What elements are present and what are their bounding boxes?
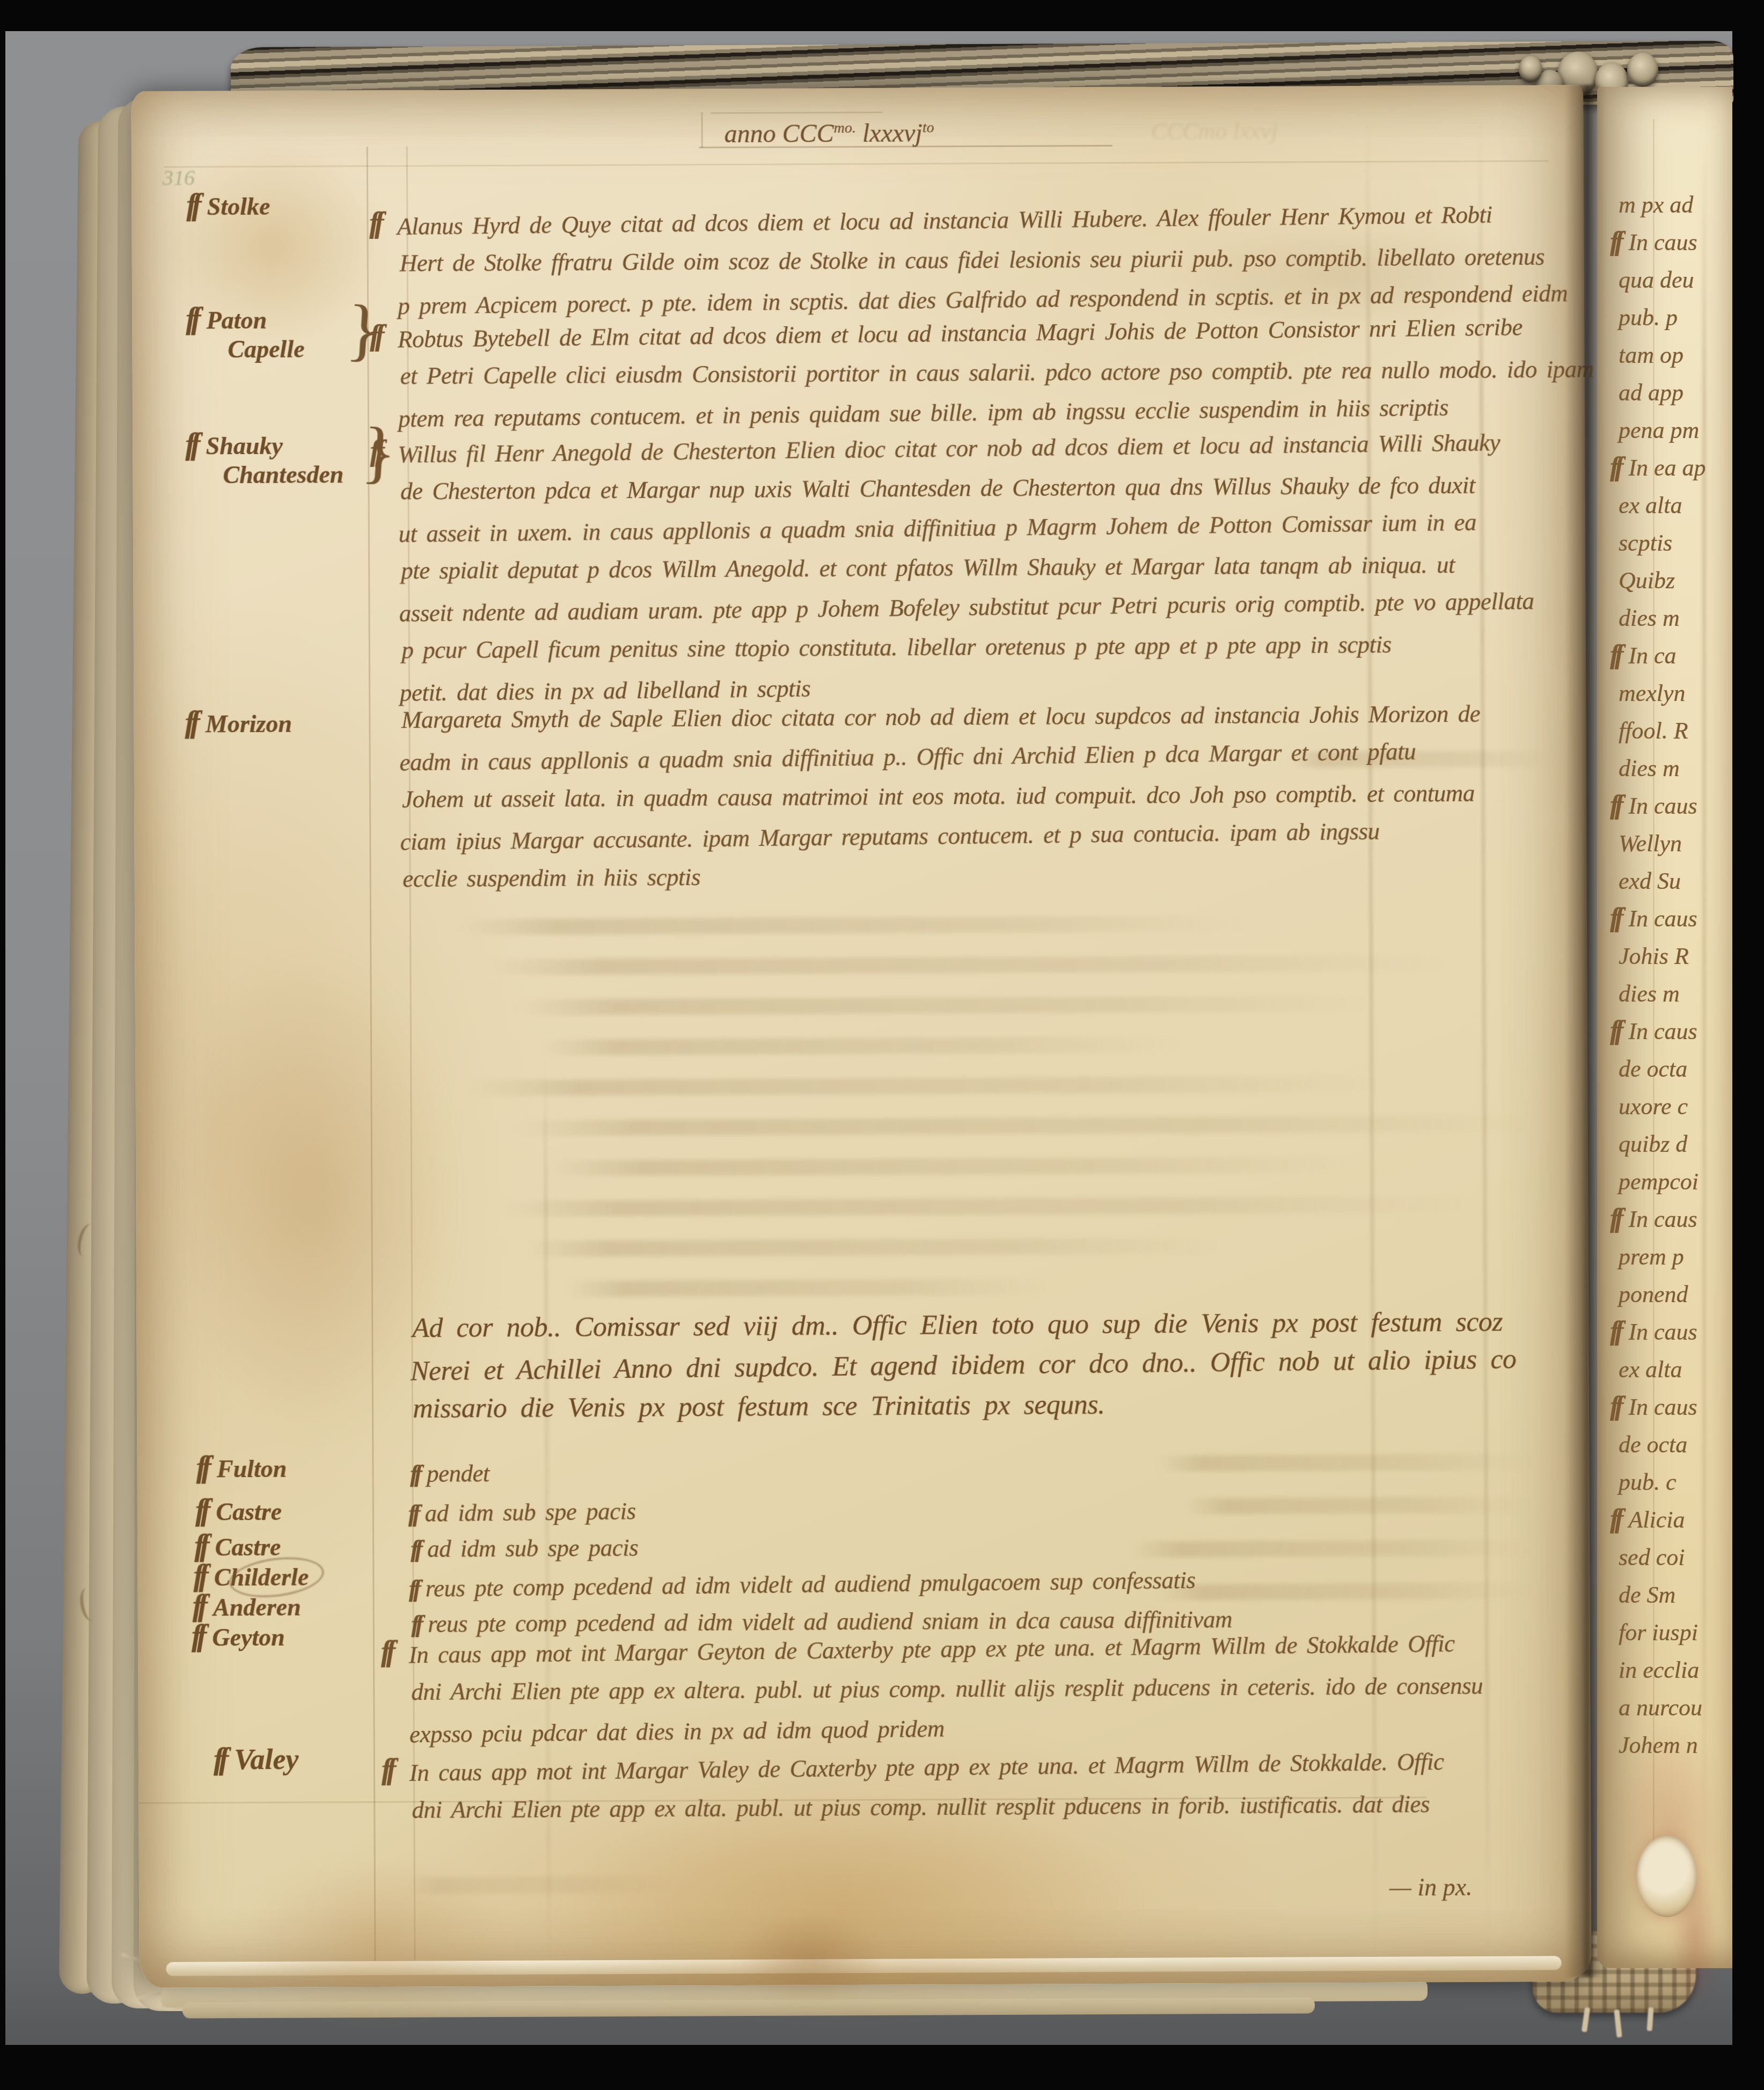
parchment-stain: [735, 1913, 885, 2005]
short-entry-text: pendet: [427, 1460, 489, 1487]
margin-note-label: Morizon: [206, 710, 292, 738]
text-fragment-word: de Sm: [1619, 1582, 1675, 1608]
margin-note-geyton: ffGeyton: [192, 1621, 285, 1653]
entry-morizon: Margareta Smyth de Saple Elien dioc cita…: [399, 692, 1480, 900]
short-act-entries: ffpendetffad idm sub spe pacisffad idm s…: [408, 1448, 1230, 1642]
margin-note-label: Valey: [234, 1743, 298, 1776]
short-entry-text: reus pte comp pcedend ad idm videlt ad a…: [425, 1567, 1195, 1602]
short-entry: ffreus pte comp pcedend ad idm videlt ad…: [408, 1560, 1229, 1606]
paraph-mark: ff: [186, 188, 197, 222]
headband-knot: [1627, 53, 1658, 87]
text-fragment-word: scptis: [1619, 530, 1672, 556]
text-fragment: mexlyn: [1610, 673, 1733, 711]
text-fragment: qua deu: [1610, 260, 1733, 297]
text-fragment: de octa: [1610, 1049, 1733, 1086]
paraph-mark: ff: [193, 1559, 204, 1592]
show-through-line: [1184, 1497, 1533, 1515]
text-fragment: ffool. R: [1610, 711, 1733, 748]
text-fragment: exd Su: [1610, 861, 1733, 898]
text-fragment-word: quibz d: [1619, 1131, 1687, 1157]
text-fragment: de octa: [1610, 1424, 1733, 1462]
short-entry-text: ad idm sub spe pacis: [424, 1497, 636, 1526]
margin-note-label: Castre: [216, 1498, 282, 1526]
paraph-mark: ff: [369, 203, 380, 243]
paraph-mark: ff: [370, 431, 380, 471]
paraph-mark: ff: [1610, 1391, 1620, 1421]
text-line: ecclie suspendim in hiis scptis: [402, 853, 1482, 899]
text-fragment-word: dies m: [1619, 605, 1680, 631]
paraph-mark: ff: [408, 1500, 417, 1527]
gutter-shadow: [1565, 85, 1606, 1977]
text-fragment: in ecclia: [1610, 1650, 1733, 1687]
entry-stolke: ff Alanus Hyrd de Quye citat ad dcos die…: [397, 195, 1568, 324]
text-fragment-word: dies m: [1619, 981, 1680, 1007]
text-fragment-word: tam op: [1619, 342, 1684, 368]
year-heading-text: anno CCC: [724, 119, 834, 148]
paraph-mark: ff: [1610, 1015, 1620, 1045]
year-heading: anno CCCmo. lxxxvjto: [724, 113, 934, 149]
entry-paton-capelle: ff Robtus Bytebell de Elm citat ad dcos …: [398, 308, 1592, 436]
year-heading-show-through: CCCmo lxxvj: [1151, 118, 1278, 145]
text-fragment-word: In caus: [1628, 793, 1697, 819]
text-fragment: ffIn ea ap: [1610, 448, 1733, 485]
ruling-line: [164, 160, 1548, 167]
text-fragment-word: qua deu: [1619, 267, 1694, 293]
show-through-line: [457, 916, 1262, 936]
paraph-mark: ff: [380, 1631, 391, 1671]
text-fragment: prem p: [1610, 1237, 1733, 1274]
year-heading-text: lxxxvj: [856, 119, 923, 148]
short-entry: ffad idm sub spe pacis: [411, 1524, 1232, 1567]
paraph-mark: ff: [185, 706, 196, 739]
margin-note-label: Fulton: [217, 1455, 287, 1483]
text-fragment-word: ex alta: [1619, 1356, 1682, 1383]
text-fragment: pena pm: [1610, 410, 1733, 448]
parchment-hole: [1637, 1836, 1697, 1917]
text-fragment: sed coi: [1610, 1537, 1733, 1575]
year-superscript: to: [923, 119, 934, 136]
margin-note-label: Shauky: [206, 432, 283, 460]
right-page-text-column: m px adffIn causqua deupub. ptam opad ap…: [1610, 185, 1733, 1848]
paraph-mark: ff: [1610, 451, 1620, 481]
text-fragment-word: a nurcou: [1619, 1694, 1702, 1721]
text-fragment-word: Alicia: [1628, 1507, 1685, 1533]
margin-note-label: Castre: [215, 1533, 281, 1561]
margin-note-anderen: ffAnderen: [193, 1591, 301, 1623]
show-through-line: [484, 955, 1450, 975]
headband-knot: [1519, 56, 1542, 83]
text-fragment-word: de octa: [1619, 1056, 1687, 1082]
text-fragment-word: ex alta: [1619, 492, 1682, 518]
text-fragment-word: In ca: [1628, 642, 1676, 669]
text-fragment: for iuspi: [1610, 1612, 1733, 1650]
text-fragment-word: In caus: [1628, 1206, 1697, 1232]
margin-note-fulton: ffFulton: [196, 1453, 287, 1484]
text-fragment: ffIn caus: [1610, 786, 1733, 823]
margin-note-label: Geyton: [212, 1624, 285, 1651]
paraph-mark: ff: [410, 1460, 419, 1487]
margin-note-castre-2: ffCastre: [194, 1531, 281, 1562]
margin-note-label: Paton: [207, 306, 267, 334]
short-entry: ffad idm sub spe pacis: [408, 1485, 1229, 1531]
text-fragment-word: prem p: [1619, 1244, 1684, 1270]
margin-note-label: Stolke: [207, 193, 270, 221]
left-page: anno CCCmo. lxxxvjto CCCmo lxxvj 316 ffS…: [131, 85, 1591, 1988]
text-fragment: ffIn caus: [1610, 898, 1733, 936]
entry-geyton-appeal: ff In caus app mot int Margar Geyton de …: [408, 1625, 1481, 1752]
paraph-mark: ff: [408, 1575, 418, 1602]
text-fragment-word: pub. p: [1619, 304, 1678, 331]
text-fragment: de Sm: [1610, 1575, 1733, 1612]
paraph-mark: ff: [1610, 639, 1620, 669]
paraph-mark: ff: [1610, 790, 1620, 820]
text-fragment: ffIn caus: [1610, 1312, 1733, 1349]
text-fragment-word: pempcoi: [1619, 1168, 1699, 1195]
text-fragment-word: In caus: [1628, 1319, 1697, 1345]
text-fragment: ffIn ca: [1610, 635, 1733, 673]
text-fragment: ponend: [1610, 1274, 1733, 1312]
text-fragment-word: Quibz: [1619, 567, 1675, 594]
text-fragment-word: Johis R: [1619, 943, 1689, 969]
paraph-mark: ff: [196, 1451, 207, 1484]
text-fragment: dies m: [1610, 974, 1733, 1011]
show-through-line: [544, 1157, 1349, 1176]
paraph-mark: ff: [1610, 226, 1620, 256]
text-fragment-word: sed coi: [1619, 1544, 1685, 1570]
text-fragment-word: m px ad: [1619, 192, 1693, 218]
margin-note-paton-capelle: ffPaton Capelle }: [186, 304, 305, 364]
text-fragment: ffIn caus: [1610, 1011, 1733, 1049]
text-fragment-word: mexlyn: [1619, 680, 1686, 706]
text-fragment: Johem n: [1610, 1725, 1733, 1763]
text-fragment: tam op: [1610, 335, 1733, 372]
text-fragment-word: Johem n: [1619, 1732, 1698, 1758]
text-fragment-word: ad app: [1619, 379, 1684, 406]
text-fragment-word: uxore c: [1619, 1093, 1688, 1120]
text-fragment-word: exd Su: [1619, 868, 1681, 894]
text-fragment-word: In caus: [1628, 1018, 1697, 1044]
text-fragment: Johis R: [1610, 936, 1733, 974]
text-fragment: Wellyn: [1610, 823, 1733, 861]
entry-valey-appeal: ff In caus app mot int Margar Valey de C…: [409, 1743, 1445, 1831]
year-superscript: mo.: [834, 120, 856, 136]
margin-note-label: Chantesden: [223, 460, 343, 489]
text-fragment-word: dies m: [1619, 755, 1680, 781]
text-fragment: quibz d: [1610, 1124, 1733, 1161]
text-fragment: ffIn caus: [1610, 222, 1733, 260]
show-through-line: [523, 1238, 1220, 1257]
show-through-line: [511, 1116, 1531, 1136]
margin-note-stolke: ffStolke: [186, 191, 270, 222]
entry-shauky-chantesden: ff Willus fil Henr Anegold de Chesterton…: [398, 424, 1535, 711]
text-fragment-word: In caus: [1628, 1394, 1697, 1420]
margin-note-morizon: ffMorizon: [185, 708, 292, 739]
text-fragment: Quibz: [1610, 560, 1733, 598]
show-through-line: [566, 1278, 1049, 1297]
margin-note-shauky-chantesden: ffShauky Chantesden }: [185, 429, 343, 489]
paraph-mark: ff: [192, 1619, 203, 1653]
text-fragment: m px ad: [1610, 185, 1733, 222]
paraph-mark: ff: [370, 316, 380, 355]
text-fragment: a nurcou: [1610, 1687, 1733, 1725]
short-entry: ffpendet: [410, 1449, 1231, 1492]
text-fragment: pub. c: [1610, 1462, 1733, 1500]
paraph-mark: ff: [411, 1536, 420, 1562]
text-fragment: dies m: [1610, 748, 1733, 786]
text-fragment: uxore c: [1610, 1086, 1733, 1124]
catch-note: — in px.: [1389, 1873, 1473, 1902]
text-fragment-word: In ea ap: [1628, 455, 1706, 481]
paraph-mark: ff: [1610, 902, 1620, 932]
short-entry-text: ad idm sub spe pacis: [427, 1534, 638, 1562]
text-fragment-word: ponend: [1619, 1281, 1688, 1307]
text-fragment-word: Wellyn: [1619, 830, 1682, 857]
paraph-mark: ff: [194, 1529, 206, 1562]
show-through-line: [501, 1196, 1467, 1217]
paraph-mark: ff: [382, 1749, 392, 1789]
text-fragment: pub. p: [1610, 297, 1733, 335]
text-fragment: ex alta: [1610, 1349, 1733, 1387]
show-through-line: [538, 1036, 1182, 1055]
text-fragment-word: in ecclia: [1619, 1657, 1699, 1683]
paraph-mark: ff: [185, 428, 196, 461]
right-page-sliver: m px adffIn causqua deupub. ptam opad ap…: [1597, 87, 1732, 1968]
paraph-mark: ff: [192, 1589, 203, 1623]
text-fragment: pempcoi: [1610, 1161, 1733, 1199]
text-fragment-word: In caus: [1628, 229, 1697, 255]
manuscript-photo: anno CCCmo. lxxxvjto CCCmo lxxvj 316 ffS…: [0, 0, 1764, 2090]
text-fragment-word: pub. c: [1619, 1469, 1677, 1495]
paraph-mark: ff: [195, 1494, 207, 1527]
margin-note-castre-1: ffCastre: [195, 1496, 282, 1527]
paraph-mark: ff: [186, 302, 197, 335]
session-note: Ad cor nob.. Comissar sed viij dm.. Offi…: [410, 1300, 1517, 1430]
show-through-line: [511, 996, 1370, 1015]
text-fragment-word: pena pm: [1619, 417, 1699, 443]
paraph-mark: ff: [1610, 1503, 1620, 1533]
text-line: missario die Venis px post festum sce Tr…: [413, 1382, 1519, 1429]
text-fragment: dies m: [1610, 598, 1733, 635]
text-fragment: ex alta: [1610, 485, 1733, 523]
text-line: dni Archi Elien pte app ex alta. publ. u…: [412, 1784, 1446, 1830]
text-fragment: scptis: [1610, 523, 1733, 560]
text-fragment: ffIn caus: [1610, 1387, 1733, 1424]
show-through-line: [468, 1076, 1380, 1096]
text-fragment-word: In caus: [1628, 905, 1697, 932]
pencil-shelfmark: 316: [163, 165, 195, 190]
text-fragment-word: ffool. R: [1619, 718, 1688, 744]
paraph-mark: ff: [1610, 1203, 1620, 1233]
margin-note-label: Capelle: [228, 335, 304, 364]
text-fragment-word: de octa: [1619, 1431, 1687, 1458]
show-through-line: [407, 1876, 676, 1894]
paraph-mark: ff: [214, 1743, 225, 1776]
margin-note-valey: ffValey: [214, 1745, 299, 1774]
header-box-left-rule: [701, 112, 702, 148]
text-fragment-word: for iuspi: [1619, 1619, 1698, 1646]
paraph-mark: ff: [1610, 1316, 1620, 1346]
text-fragment: ffIn caus: [1610, 1199, 1733, 1237]
text-fragment: ffAlicia: [1610, 1500, 1733, 1537]
text-fragment: ad app: [1610, 372, 1733, 410]
margin-note-label: Anderen: [213, 1594, 301, 1621]
